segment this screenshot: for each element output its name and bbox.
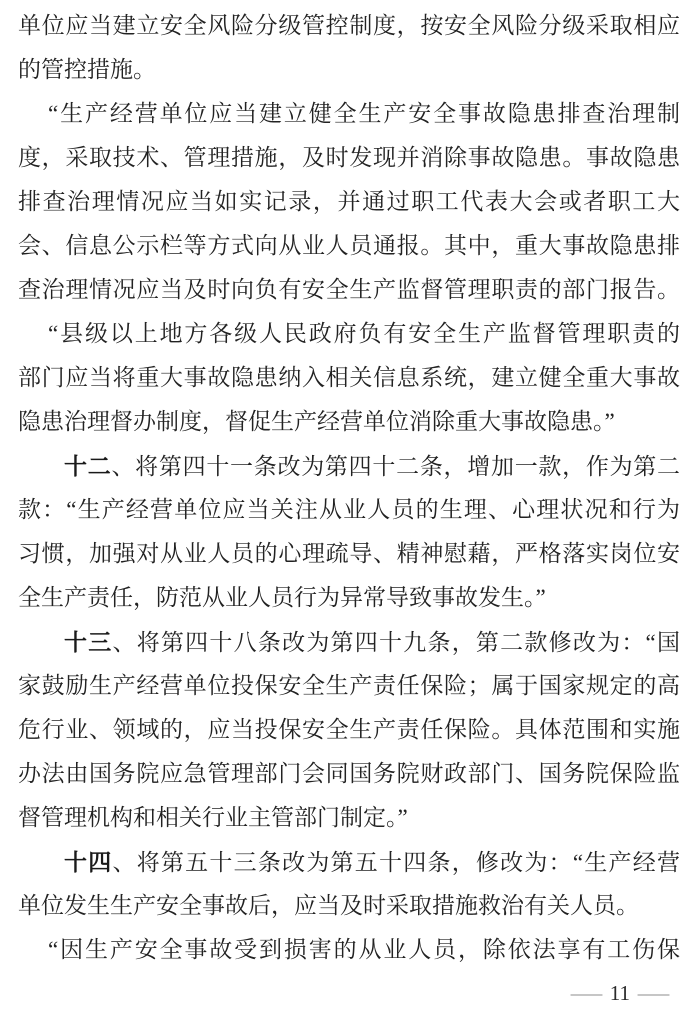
- item-number: 十四: [64, 849, 112, 875]
- line-text: 部门应当将重大事故隐患纳入相关信息系统，建立健全重大事故: [18, 365, 680, 390]
- line-text: 排查治理情况应当如实记录，并通过职工代表大会或者职工大: [18, 189, 680, 214]
- line-text: 单位发生生产安全事故后，应当及时采取措施救治有关人员。: [18, 893, 639, 918]
- text-line: 全生产责任，防范从业人员行为异常导致事故发生。”: [18, 576, 680, 620]
- text-line: 办法由国务院应急管理部门会同国务院财政部门、国务院保险监: [18, 752, 680, 796]
- page-number: 11: [610, 982, 630, 1004]
- line-text: 的管控措施。: [18, 57, 156, 82]
- line-text: 查治理情况应当及时向负有安全生产监督管理职责的部门报告。: [18, 277, 680, 302]
- text-line: 的管控措施。: [18, 48, 680, 92]
- text-line: 危行业、领域的，应当投保安全生产责任保险。具体范围和实施: [18, 708, 680, 752]
- text-line: 十二、将第四十一条改为第四十二条，增加一款，作为第二: [18, 444, 680, 488]
- text-line: 督管理机构和相关行业主管部门制定。”: [18, 796, 680, 840]
- text-line: 十四、将第五十三条改为第五十四条，修改为：“生产经营: [18, 840, 680, 884]
- text-line: 习惯，加强对从业人员的心理疏导、精神慰藉，严格落实岗位安: [18, 532, 680, 576]
- line-text: “因生产安全事故受到损害的从业人员，除依法享有工伤保: [48, 937, 680, 962]
- line-text: 全生产责任，防范从业人员行为异常导致事故发生。”: [18, 585, 546, 610]
- document-body: 单位应当建立安全风险分级管控制度，按安全风险分级采取相应 的管控措施。 “生产经…: [18, 0, 680, 972]
- text-line: 查治理情况应当及时向负有安全生产监督管理职责的部门报告。: [18, 268, 680, 312]
- text-line: 隐患治理督办制度，督促生产经营单位消除重大事故隐患。”: [18, 400, 680, 444]
- text-line: “生产经营单位应当建立健全生产安全事故隐患排查治理制: [18, 92, 680, 136]
- text-line: 排查治理情况应当如实记录，并通过职工代表大会或者职工大: [18, 180, 680, 224]
- footer-dash-left: —: [571, 982, 603, 1004]
- text-line: 十三、将第四十八条改为第四十九条，第二款修改为：“国: [18, 620, 680, 664]
- text-line: “县级以上地方各级人民政府负有安全生产监督管理职责的: [18, 312, 680, 356]
- text-line: 款：“生产经营单位应当关注从业人员的生理、心理状况和行为: [18, 488, 680, 532]
- page-footer: — 11 —: [576, 982, 664, 1004]
- line-text: “县级以上地方各级人民政府负有安全生产监督管理职责的: [48, 321, 680, 346]
- footer-dash-right: —: [638, 982, 670, 1004]
- line-text: 、将第四十一条改为第四十二条，增加一款，作为第二: [111, 454, 680, 479]
- text-line: 会、信息公示栏等方式向从业人员通报。其中，重大事故隐患排: [18, 224, 680, 268]
- line-text: 会、信息公示栏等方式向从业人员通报。其中，重大事故隐患排: [18, 233, 680, 258]
- text-line: 家鼓励生产经营单位投保安全生产责任保险；属于国家规定的高: [18, 664, 680, 708]
- text-line: 度，采取技术、管理措施，及时发现并消除事故隐患。事故隐患: [18, 136, 680, 180]
- line-text: 、将第五十三条改为第五十四条，修改为：“生产经营: [112, 850, 680, 875]
- line-text: “生产经营单位应当建立健全生产安全事故隐患排查治理制: [48, 101, 680, 126]
- line-text: 、将第四十八条改为第四十九条，第二款修改为：“国: [112, 630, 680, 655]
- line-text: 隐患治理督办制度，督促生产经营单位消除重大事故隐患。”: [18, 409, 615, 434]
- line-text: 危行业、领域的，应当投保安全生产责任保险。具体范围和实施: [18, 717, 680, 742]
- line-text: 督管理机构和相关行业主管部门制定。”: [18, 805, 408, 830]
- text-line: 部门应当将重大事故隐患纳入相关信息系统，建立健全重大事故: [18, 356, 680, 400]
- line-text: 家鼓励生产经营单位投保安全生产责任保险；属于国家规定的高: [18, 673, 680, 698]
- text-line: “因生产安全事故受到损害的从业人员，除依法享有工伤保: [18, 928, 680, 972]
- item-number: 十三: [64, 629, 112, 655]
- line-text: 款：“生产经营单位应当关注从业人员的生理、心理状况和行为: [18, 497, 680, 522]
- text-line: 单位应当建立安全风险分级管控制度，按安全风险分级采取相应: [18, 4, 680, 48]
- line-text: 习惯，加强对从业人员的心理疏导、精神慰藉，严格落实岗位安: [18, 541, 680, 566]
- text-line: 单位发生生产安全事故后，应当及时采取措施救治有关人员。: [18, 884, 680, 928]
- document-page: 单位应当建立安全风险分级管控制度，按安全风险分级采取相应 的管控措施。 “生产经…: [0, 0, 690, 1020]
- line-text: 办法由国务院应急管理部门会同国务院财政部门、国务院保险监: [18, 761, 680, 786]
- line-text: 单位应当建立安全风险分级管控制度，按安全风险分级采取相应: [18, 13, 680, 38]
- item-number: 十二: [64, 453, 111, 479]
- line-text: 度，采取技术、管理措施，及时发现并消除事故隐患。事故隐患: [18, 145, 680, 170]
